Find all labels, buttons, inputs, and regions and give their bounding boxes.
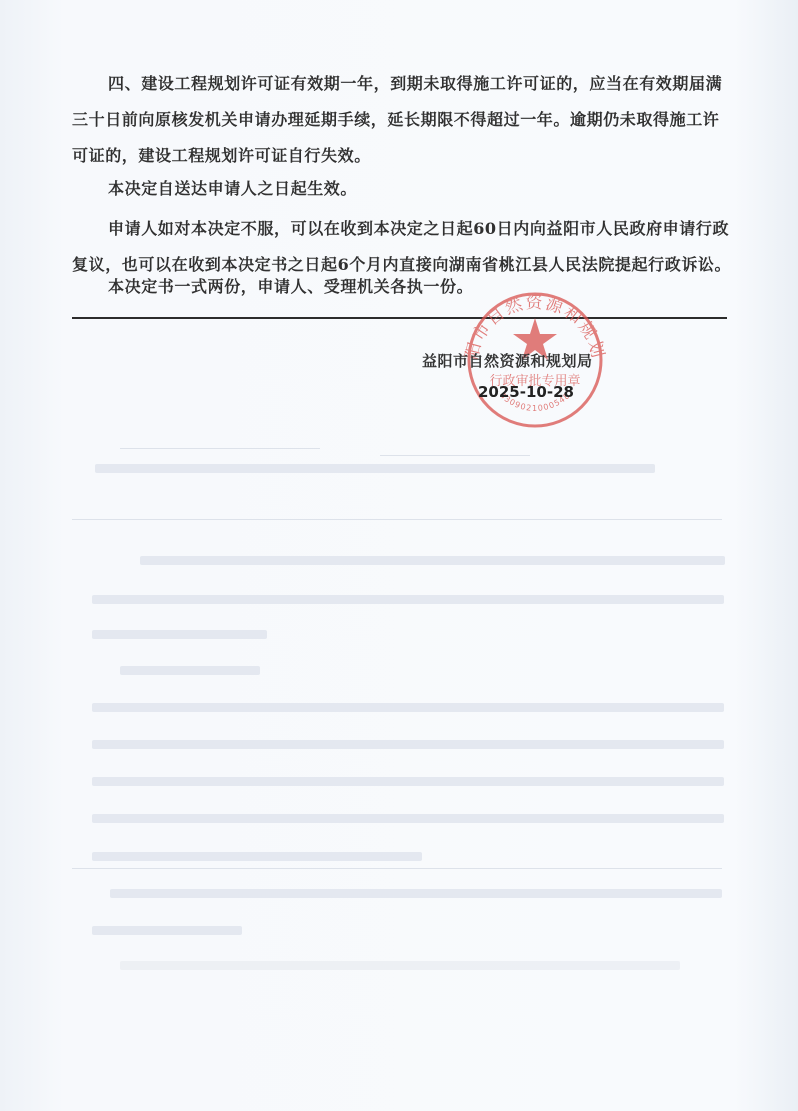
- paragraph-copies: 本决定书一式两份，申请人、受理机关各执一份。: [72, 272, 732, 302]
- horizontal-rule: [72, 317, 727, 319]
- paragraph-effective-date: 本决定自送达申请人之日起生效。: [72, 174, 732, 204]
- issuing-organization: 益阳市自然资源和规划局: [422, 350, 593, 371]
- issue-date: 2025-10-28: [478, 383, 574, 401]
- scanned-page: 四、建设工程规划许可证有效期一年，到期未取得施工许可证的，应当在有效期届满三十日…: [0, 0, 798, 1111]
- paragraph-validity-period: 四、建设工程规划许可证有效期一年，到期未取得施工许可证的，应当在有效期届满三十日…: [72, 66, 732, 174]
